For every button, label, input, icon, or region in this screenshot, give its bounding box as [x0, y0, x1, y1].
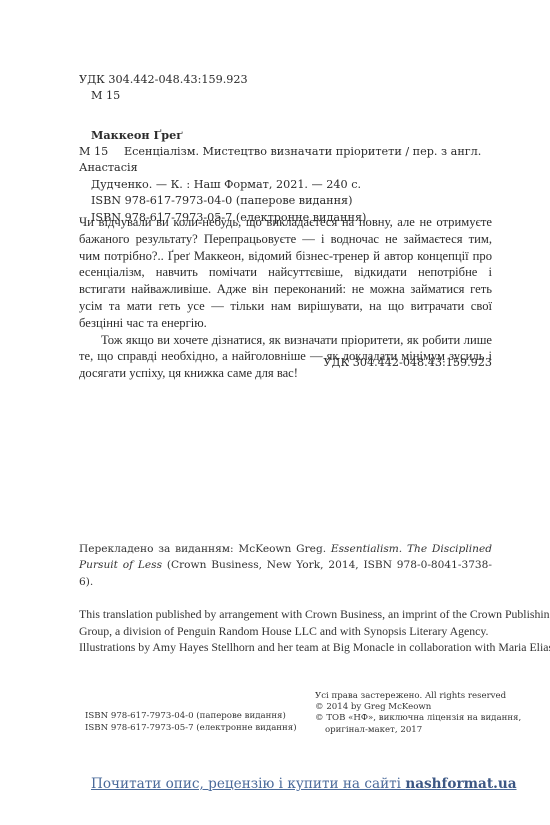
buy-link-site[interactable]: nashformat.ua: [405, 776, 516, 792]
copyright-line: © 2014 by Greg McKeown: [315, 702, 521, 713]
original-prefix: Перекладено за виданням: McKeown Greg.: [79, 543, 331, 555]
catalog-title: Есенціалізм. Мистецтво визначати пріорит…: [79, 145, 481, 175]
rights-block: Усі права застережено. All rights reserv…: [315, 691, 521, 736]
catalog-title-cont: Дудченко. — К. : Наш Формат, 2021. — 240…: [79, 177, 493, 194]
catalog-entry: Маккеон Ґреґ М 15Есенціалізм. Мистецтво …: [79, 127, 493, 226]
catalog-title-row: М 15Есенціалізм. Мистецтво визначати прі…: [79, 144, 493, 177]
udk-code: УДК 304.442-048.43:159.923: [79, 73, 248, 86]
udk-header: УДК 304.442-048.43:159.923 М 15: [79, 72, 248, 104]
original-edition: Перекладено за виданням: McKeown Greg. E…: [79, 541, 492, 590]
catalog-isbn-print: ISBN 978-617-7973-04-0 (паперове видання…: [79, 193, 493, 210]
english-notice-line: This translation published by arrangemen…: [79, 606, 492, 622]
udk-right: УДК 304.442-048.43:159.923: [323, 356, 492, 369]
author-mark: М 15: [79, 88, 248, 104]
copyright-line: оригінал-макет, 2017: [315, 725, 521, 736]
buy-link[interactable]: Почитати опис, рецензію і купити на сайт…: [91, 776, 517, 792]
english-notice: This translation published by arrangemen…: [79, 606, 492, 655]
catalog-author: Маккеон Ґреґ: [79, 127, 493, 144]
english-notice-line: Group, a division of Penguin Random Hous…: [79, 623, 492, 639]
bottom-isbn-print: ISBN 978-617-7973-04-0 (паперове видання…: [85, 711, 297, 723]
original-edition-block: Перекладено за виданням: McKeown Greg. E…: [79, 541, 492, 663]
buy-link-text[interactable]: Почитати опис, рецензію і купити на сайт…: [91, 776, 405, 792]
english-notice-line: Illustrations by Amy Hayes Stellhorn and…: [79, 639, 492, 655]
catalog-code: М 15: [79, 144, 124, 161]
copyright-line: © ТОВ «НФ», виключна ліцензія на видання…: [315, 713, 521, 724]
bottom-isbn-ebook: ISBN 978-617-7973-05-7 (електронне видан…: [85, 723, 297, 735]
rights-line: Усі права застережено. All rights reserv…: [315, 691, 521, 702]
annotation-paragraph-1: Чи відчували ви коли-небудь, що викладає…: [79, 214, 492, 332]
bottom-isbn: ISBN 978-617-7973-04-0 (паперове видання…: [85, 711, 297, 734]
